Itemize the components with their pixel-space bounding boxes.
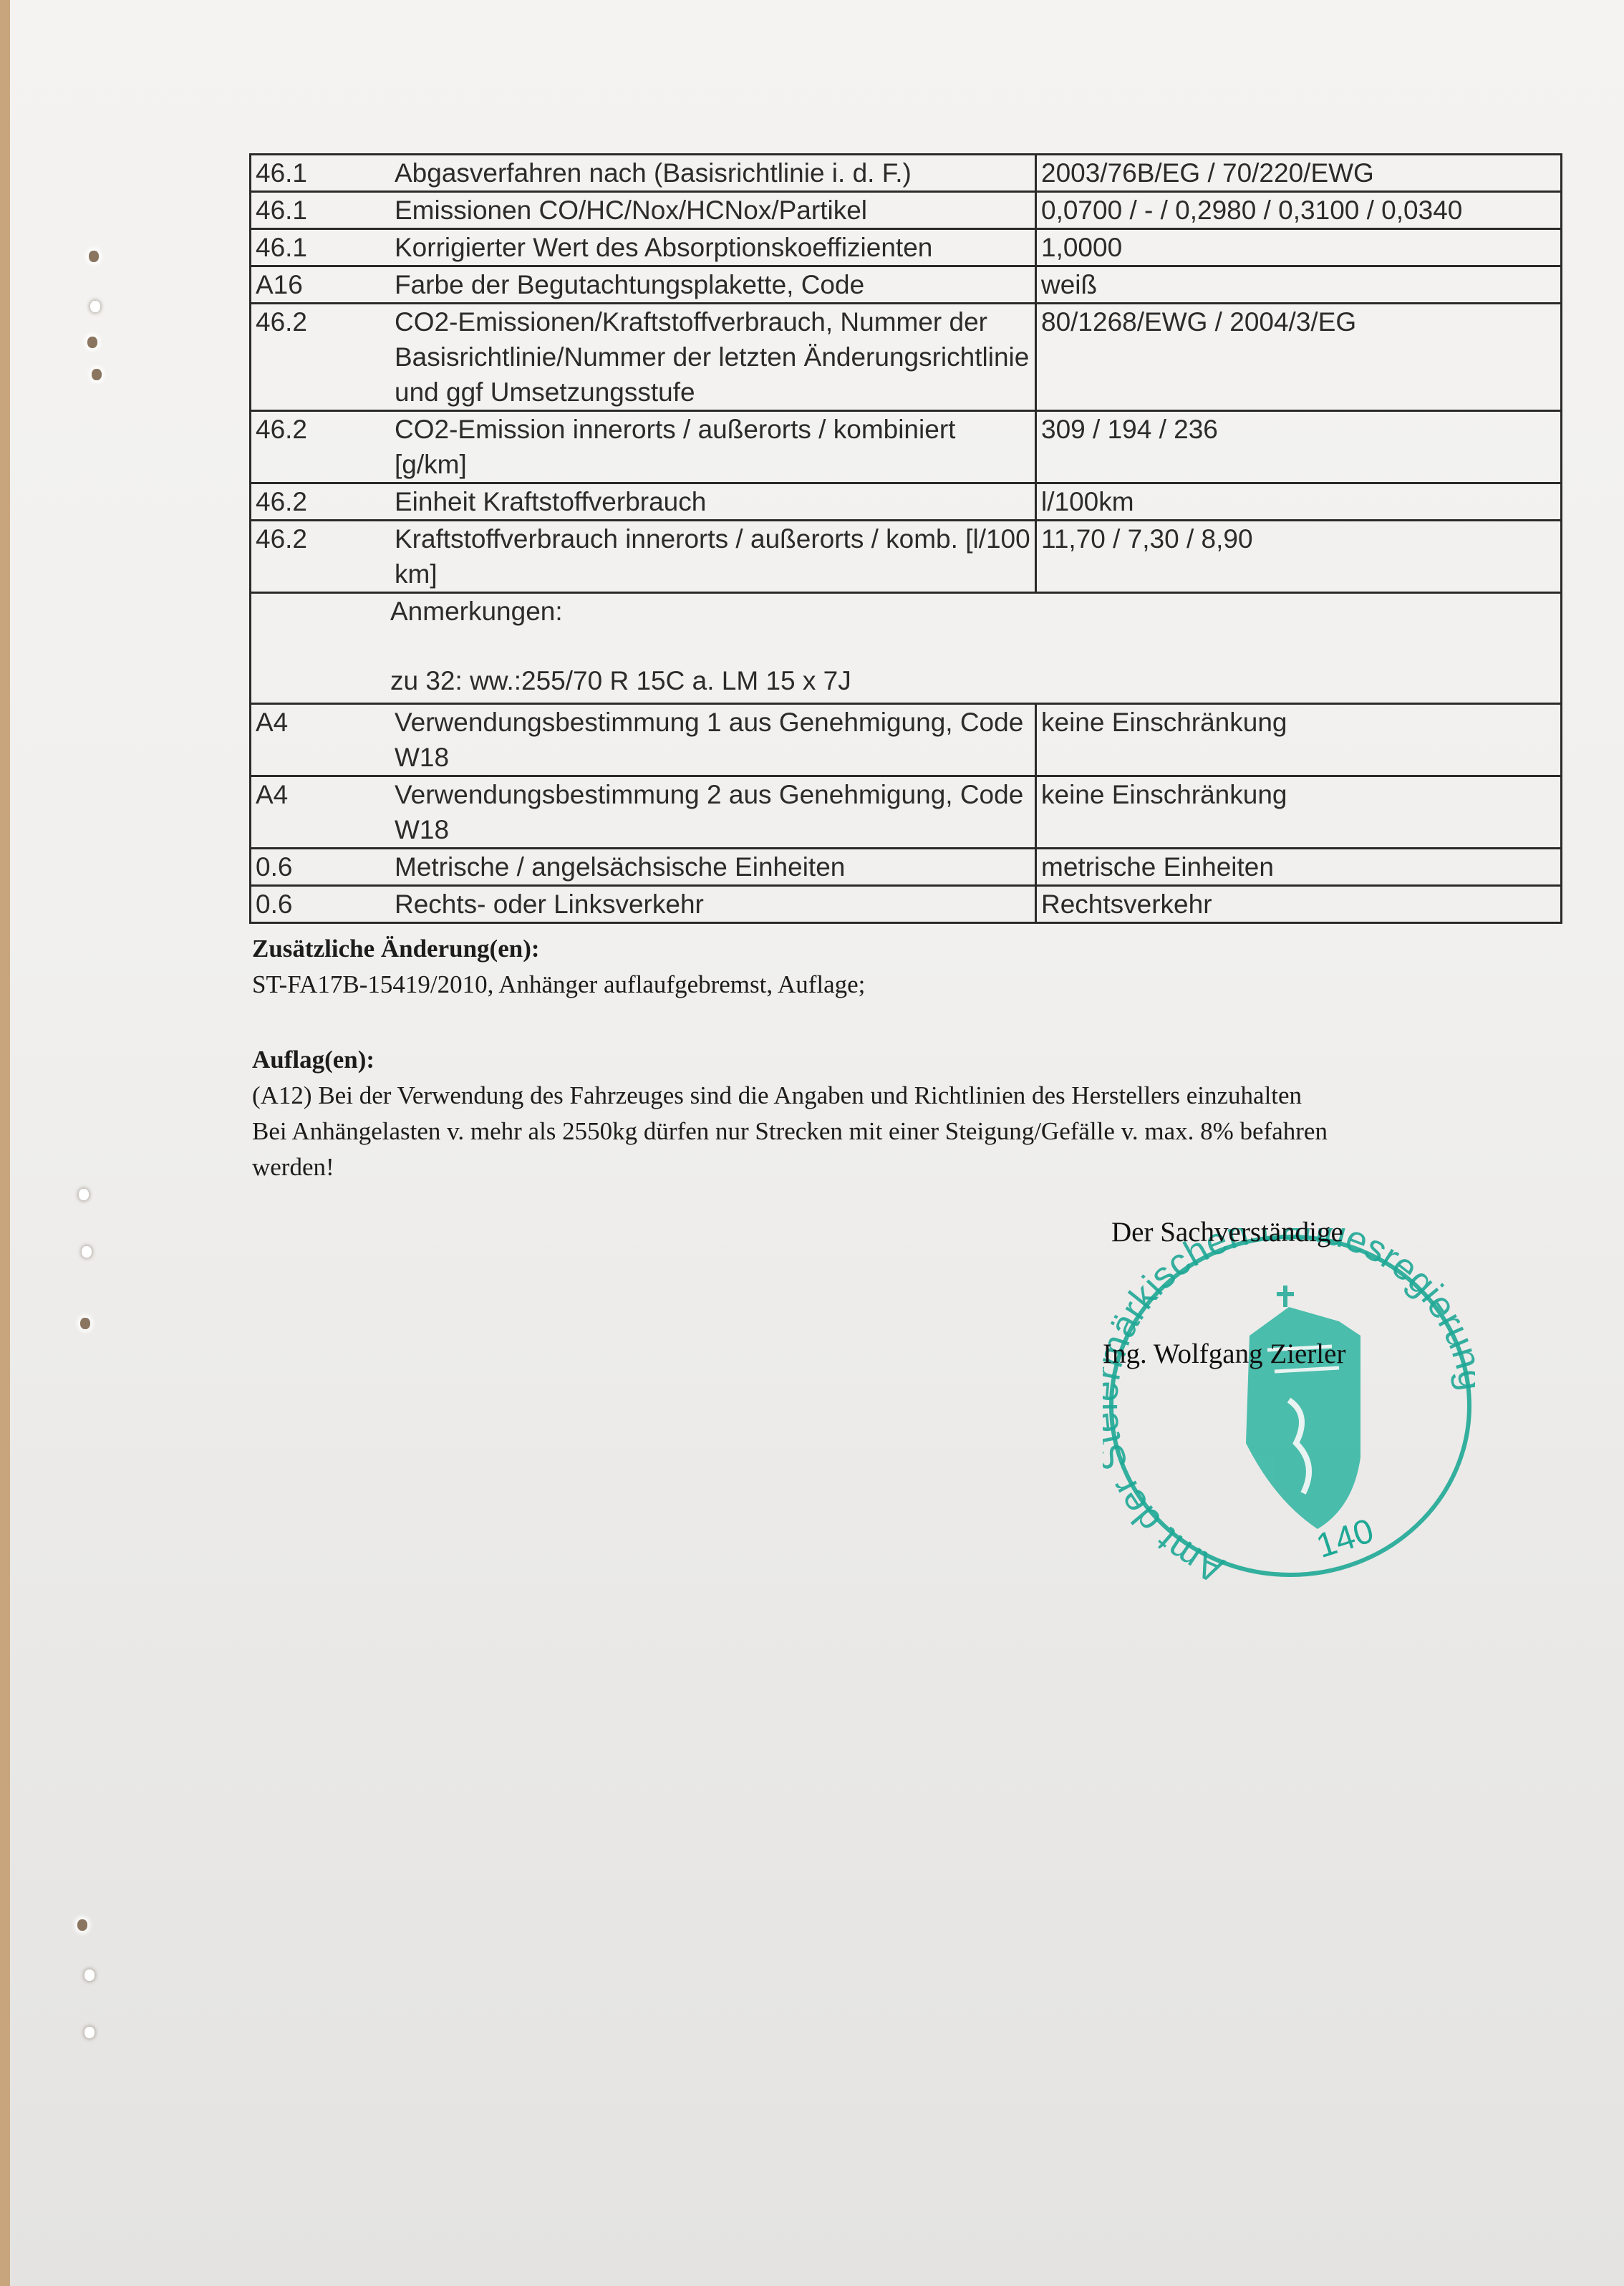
conditions-line: Bei Anhängelasten v. mehr als 2550kg dür… [252, 1114, 1328, 1149]
signature-role: Der Sachverständige [1111, 1216, 1343, 1248]
additional-changes-section: Zusätzliche Änderung(en): ST-FA17B-15419… [252, 931, 865, 1003]
row-label: Farbe der Begutachtungsplakette, Code [382, 266, 1036, 304]
row-code: 46.1 [251, 155, 382, 192]
punch-hole [77, 1919, 87, 1931]
vehicle-data-table: 46.1Abgasverfahren nach (Basisrichtlinie… [249, 153, 1562, 924]
notes-row: Anmerkungen: zu 32: ww.:255/70 R 15C a. … [251, 593, 1562, 704]
row-code: 46.2 [251, 411, 382, 483]
row-label: CO2-Emission innerorts / außerorts / kom… [382, 411, 1036, 483]
additional-changes-text: ST-FA17B-15419/2010, Anhänger auflaufgeb… [252, 967, 865, 1003]
row-value: metrische Einheiten [1036, 849, 1562, 886]
table-row: 46.1Korrigierter Wert des Absorptionskoe… [251, 229, 1562, 266]
row-code: 0.6 [251, 849, 382, 886]
row-value: 11,70 / 7,30 / 8,90 [1036, 521, 1562, 593]
row-value: l/100km [1036, 483, 1562, 521]
punch-hole [79, 1189, 89, 1200]
row-value: 309 / 194 / 236 [1036, 411, 1562, 483]
punch-hole [84, 1969, 95, 1981]
punch-hole [90, 301, 100, 312]
row-code: 46.2 [251, 521, 382, 593]
table-row: A4Verwendungsbestimmung 1 aus Genehmigun… [251, 704, 1562, 776]
table-row: 0.6Rechts- oder LinksverkehrRechtsverkeh… [251, 886, 1562, 923]
row-code: 0.6 [251, 886, 382, 923]
official-stamp: Amt der Steiermärkischen Landesregierung… [1103, 1228, 1475, 1586]
row-label: Kraftstoffverbrauch innerorts / außerort… [382, 521, 1036, 593]
punch-hole [87, 337, 97, 348]
row-label: Emissionen CO/HC/Nox/HCNox/Partikel [382, 192, 1036, 229]
punch-hole [82, 1246, 92, 1258]
table-row: 46.2CO2-Emissionen/Kraftstoffverbrauch, … [251, 304, 1562, 411]
notes-text: zu 32: ww.:255/70 R 15C a. LM 15 x 7J [390, 663, 1556, 698]
conditions-heading: Auflag(en): [252, 1042, 1328, 1078]
row-code: A4 [251, 776, 382, 849]
additional-changes-heading: Zusätzliche Änderung(en): [252, 931, 865, 967]
table-row: 0.6Metrische / angelsächsische Einheiten… [251, 849, 1562, 886]
conditions-line: werden! [252, 1149, 1328, 1185]
styria-coat-of-arms-icon [1246, 1286, 1360, 1529]
conditions-line: (A12) Bei der Verwendung des Fahrzeuges … [252, 1078, 1328, 1114]
table-row: 46.2Einheit Kraftstoffverbrauchl/100km [251, 483, 1562, 521]
row-value: 0,0700 / - / 0,2980 / 0,3100 / 0,0340 [1036, 192, 1562, 229]
signature-name: Ing. Wolfgang Zierler [1103, 1338, 1345, 1370]
row-value: weiß [1036, 266, 1562, 304]
table-row: 46.2Kraftstoffverbrauch innerorts / auße… [251, 521, 1562, 593]
row-label: Metrische / angelsächsische Einheiten [382, 849, 1036, 886]
row-label: Verwendungsbestimmung 1 aus Genehmigung,… [382, 704, 1036, 776]
row-label: CO2-Emissionen/Kraftstoffverbrauch, Numm… [382, 304, 1036, 411]
punch-hole [89, 251, 99, 262]
punch-hole [80, 1318, 90, 1329]
table-row: 46.1Abgasverfahren nach (Basisrichtlinie… [251, 155, 1562, 192]
punch-hole [92, 369, 102, 380]
row-code: 46.2 [251, 483, 382, 521]
row-label: Einheit Kraftstoffverbrauch [382, 483, 1036, 521]
punch-hole [84, 2027, 95, 2038]
row-code: 46.2 [251, 304, 382, 411]
conditions-section: Auflag(en): (A12) Bei der Verwendung des… [252, 1042, 1328, 1185]
notes-cell: Anmerkungen: zu 32: ww.:255/70 R 15C a. … [251, 593, 1562, 704]
row-code: A16 [251, 266, 382, 304]
table-row: A4Verwendungsbestimmung 2 aus Genehmigun… [251, 776, 1562, 849]
row-label: Verwendungsbestimmung 2 aus Genehmigung,… [382, 776, 1036, 849]
row-value: 2003/76B/EG / 70/220/EWG [1036, 155, 1562, 192]
notes-title: Anmerkungen: [390, 594, 1556, 629]
row-value: keine Einschränkung [1036, 776, 1562, 849]
row-value: keine Einschränkung [1036, 704, 1562, 776]
row-value: 80/1268/EWG / 2004/3/EG [1036, 304, 1562, 411]
table-row: 46.2CO2-Emission innerorts / außerorts /… [251, 411, 1562, 483]
table-row: A16Farbe der Begutachtungsplakette, Code… [251, 266, 1562, 304]
row-code: 46.1 [251, 192, 382, 229]
row-label: Rechts- oder Linksverkehr [382, 886, 1036, 923]
table-row: 46.1Emissionen CO/HC/Nox/HCNox/Partikel0… [251, 192, 1562, 229]
row-label: Abgasverfahren nach (Basisrichtlinie i. … [382, 155, 1036, 192]
row-value: Rechtsverkehr [1036, 886, 1562, 923]
row-value: 1,0000 [1036, 229, 1562, 266]
row-code: 46.1 [251, 229, 382, 266]
row-label: Korrigierter Wert des Absorptionskoeffiz… [382, 229, 1036, 266]
row-code: A4 [251, 704, 382, 776]
